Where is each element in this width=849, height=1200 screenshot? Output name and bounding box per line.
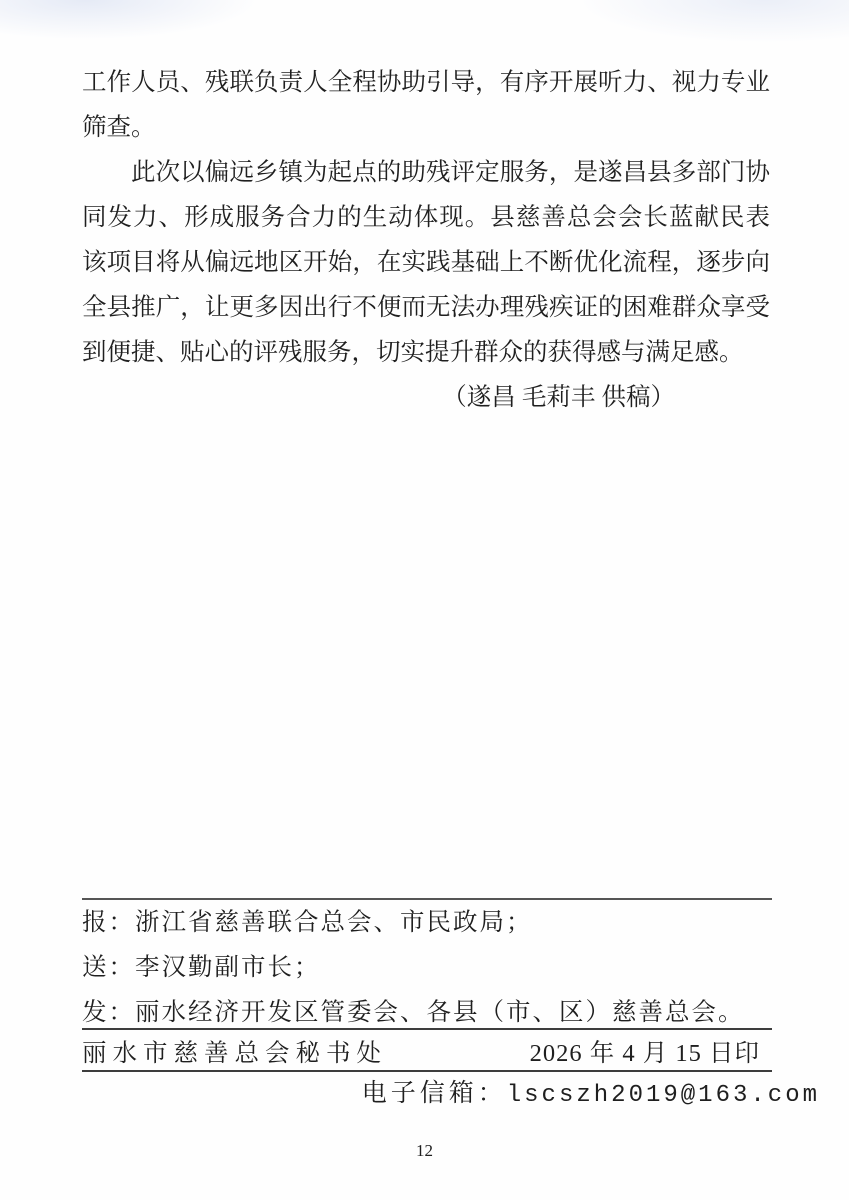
attribution-line: （遂昌 毛莉丰 供稿）: [82, 375, 770, 420]
article-paragraph-1: 工作人员、残联负责人全程协助引导，有序开展听力、视力专业 筛查。: [82, 60, 770, 150]
paragraph-line: 全县推广，让更多因出行不便而无法办理残疾证的困难群众享受: [82, 285, 770, 330]
paragraph-line: 工作人员、残联负责人全程协助引导，有序开展听力、视力专业: [82, 60, 770, 105]
email-label: 电子信箱：: [362, 1080, 507, 1107]
paragraph-line: 筛查。: [82, 105, 770, 150]
document-page: 工作人员、残联负责人全程协助引导，有序开展听力、视力专业 筛查。 此次以偏远乡镇…: [0, 0, 849, 1200]
paragraph-line: 该项目将从偏远地区开始，在实践基础上不断优化流程，逐步向: [82, 240, 770, 285]
paragraph-line: 此次以偏远乡镇为起点的助残评定服务，是遂昌县多部门协: [82, 150, 770, 195]
report-to-line: 报：浙江省慈善联合总会、市民政局；: [82, 900, 770, 945]
footer-row: 丽水市慈善总会秘书处 2026 年 4 月 15 日印: [82, 1030, 772, 1072]
print-date: 2026 年 4 月 15 日印: [530, 1034, 772, 1069]
email-address: lscszh2019@163.com: [507, 1082, 820, 1109]
paragraph-line: 到便捷、贴心的评残服务，切实提升群众的获得感与满足感。: [82, 330, 770, 375]
issuer-name: 丽水市慈善总会秘书处: [82, 1034, 387, 1069]
article-paragraph-2: 此次以偏远乡镇为起点的助残评定服务，是遂昌县多部门协 同发力、形成服务合力的生动…: [82, 150, 770, 375]
footer-lower-rule: [82, 1070, 772, 1072]
page-number: 12: [0, 1140, 849, 1162]
send-to-line: 送：李汉勤副市长；: [82, 945, 770, 990]
distribution-section: 报：浙江省慈善联合总会、市民政局； 送：李汉勤副市长； 发：丽水经济开发区管委会…: [82, 900, 770, 1035]
paragraph-line: 同发力、形成服务合力的生动体现。县慈善总会会长蓝献民表示，: [82, 195, 770, 240]
email-line: 电子信箱：lscszh2019@163.com: [362, 1074, 820, 1114]
